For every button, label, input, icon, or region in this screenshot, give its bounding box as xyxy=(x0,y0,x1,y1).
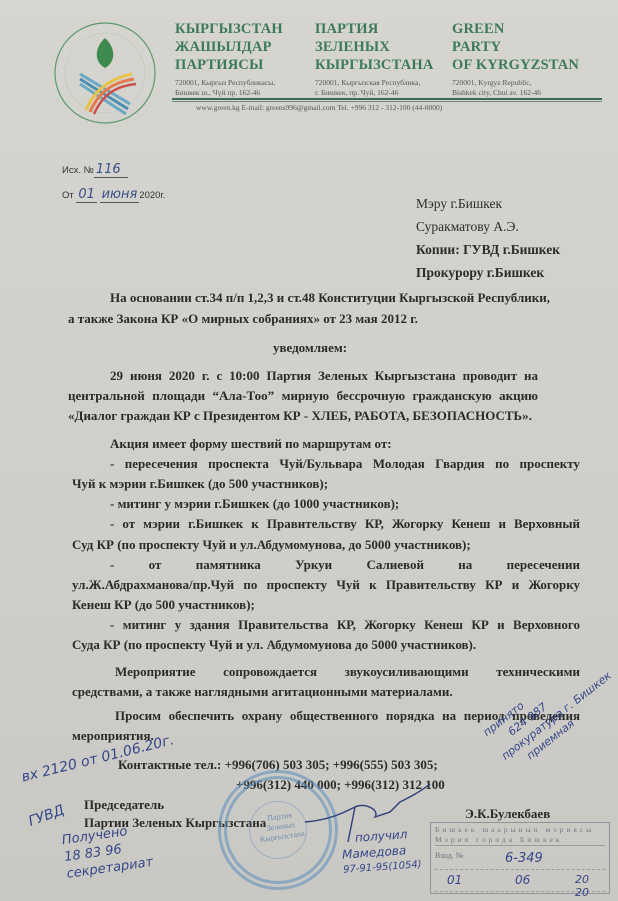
letterhead-title-line: PARTY xyxy=(452,38,579,56)
handwritten-received-note: получил Мамедова 97-91-95(1054) xyxy=(340,825,422,878)
letterhead-address: 720001, Кыргыз Республикасы, Бишкек ш., … xyxy=(175,78,283,98)
letterhead-address: 720001, Кыргызская Республика, г. Бишкек… xyxy=(315,78,434,98)
registry-date-day: 01 xyxy=(447,873,462,887)
letterhead-title-line: КЫРГЫЗСТАНА xyxy=(315,56,434,74)
outgoing-date: От 01 июня2020г. xyxy=(62,187,165,202)
address-line: 720001, Kyrgyz Republic, xyxy=(452,78,579,88)
route-item-cont: Суд КР (по проспекту Чуй и ул.Абдумомуно… xyxy=(72,537,471,553)
registry-date-month: 06 xyxy=(515,873,530,887)
event-line: 29 июня 2020 г. с 10:00 Партия Зеленых К… xyxy=(110,368,538,384)
route-item-cont: Чуй к мэрии г.Бишкек (до 500 участников)… xyxy=(72,476,328,492)
registry-header-line: Мэрия города Бишкек xyxy=(435,835,605,845)
addressee-line: Прокурору г.Бишкек xyxy=(416,261,560,284)
letterhead-divider xyxy=(172,98,602,100)
letterhead-title-line: GREEN xyxy=(452,20,579,38)
handwritten-left-note: Получено 18 83 96 секретариат xyxy=(61,820,154,883)
green-party-logo-icon xyxy=(50,18,160,128)
letterhead-title-line: ПАРТИЯСЫ xyxy=(175,56,283,74)
letterhead-title-line: OF KYRGYZSTAN xyxy=(452,56,579,74)
event-line: центральной площади “Ала-Тоо” мирную бес… xyxy=(68,388,538,404)
document-page: КЫРГЫЗСТАН ЖАШЫЛДАР ПАРТИЯСЫ 720001, Кыр… xyxy=(0,0,618,901)
letterhead-title-line: ПАРТИЯ xyxy=(315,20,434,38)
event-line: «Диалог граждан КР с Президентом КР - ХЛ… xyxy=(68,408,532,424)
addressee-line: Суракматову А.Э. xyxy=(416,215,560,238)
intro-line: На основании ст.34 п/п 1,2,3 и ст.48 Кон… xyxy=(110,290,550,306)
date-prefix: От xyxy=(62,190,74,201)
letterhead-title-line: ЗЕЛЕНЫХ xyxy=(315,38,434,56)
notify-heading: уведомляем: xyxy=(60,340,560,356)
registry-stamp-header: Бишкек шаарынын мэриясы Мэрия города Биш… xyxy=(435,825,605,846)
outgoing-number-value: 116 xyxy=(94,162,128,178)
letterhead-russian: ПАРТИЯ ЗЕЛЕНЫХ КЫРГЫЗСТАНА 720001, Кыргы… xyxy=(315,20,434,98)
signatory-position: Председатель xyxy=(84,797,164,813)
address-line: Бишкек ш., Чүй пр. 162-46 xyxy=(175,88,283,98)
outgoing-number-label: Исх. № xyxy=(62,165,94,176)
registry-number-label: Вход. № xyxy=(435,851,463,860)
intro-line: а также Закона КР «О мирных собраниях» о… xyxy=(68,311,418,327)
route-item: - митинг у мэрии г.Бишкек (до 1000 участ… xyxy=(110,496,399,512)
address-line: 720001, Кыргыз Республикасы, xyxy=(175,78,283,88)
registry-number-value: 6-349 xyxy=(505,851,543,866)
handwritten-guvd-note: ГУВД xyxy=(26,802,66,830)
address-line: г. Бишкек, пр. Чуй, 162-46 xyxy=(315,88,434,98)
registry-stamp: Бишкек шаарынын мэриясы Мэрия города Биш… xyxy=(430,822,610,894)
route-item: - от мэрии г.Бишкек к Правительству КР, … xyxy=(110,516,580,532)
route-item-cont: Кенеш КР (до 500 участников); xyxy=(72,597,255,613)
outgoing-number: Исх. №116 xyxy=(62,162,128,178)
route-item: - от памятника Уркуи Салиевой на пересеч… xyxy=(110,557,580,573)
equipment-line: средствами, а также наглядными агитацион… xyxy=(72,684,453,700)
address-line: 720001, Кыргызская Республика, xyxy=(315,78,434,88)
route-item: - пересечения проспекта Чуй/Бульвара Мол… xyxy=(110,456,580,472)
route-item-cont: ул.Ж.Абдрахманова/пр.Чуй по проспекту Чу… xyxy=(72,577,580,593)
routes-intro: Акция имеет форму шествий по маршрутам о… xyxy=(110,436,392,452)
letterhead-title-line: ЖАШЫЛДАР xyxy=(175,38,283,56)
letterhead-contacts: www.green.kg E-mail: greens996@gmail.com… xyxy=(196,103,442,112)
letterhead-title-line: КЫРГЫЗСТАН xyxy=(175,20,283,38)
date-year: 2020г. xyxy=(139,190,165,201)
letterhead-kyrgyz: КЫРГЫЗСТАН ЖАШЫЛДАР ПАРТИЯСЫ 720001, Кыр… xyxy=(175,20,283,98)
signatory-name: Э.К.Булекбаев xyxy=(465,806,550,822)
registry-date-year: 20 20 xyxy=(575,873,605,899)
address-line: Bishkek city, Chui av. 162-46 xyxy=(452,88,579,98)
registry-header-line: Бишкек шаарынын мэриясы xyxy=(435,825,605,835)
letterhead-divider-thin xyxy=(172,101,602,102)
registry-date-row: 01 06 20 20 xyxy=(435,873,605,892)
addressee-block: Мэру г.Бишкек Суракматову А.Э. Копии: ГУ… xyxy=(416,192,560,284)
registry-number-row: Вход. № 6-349 xyxy=(435,851,605,870)
letterhead-address: 720001, Kyrgyz Republic, Bishkek city, C… xyxy=(452,78,579,98)
equipment-line: Мероприятие сопровождается звукоусиливаю… xyxy=(115,664,580,680)
addressee-line: Мэру г.Бишкек xyxy=(416,192,560,215)
route-item: - митинг у здания Правительства КР, Жого… xyxy=(110,617,580,633)
addressee-line: Копии: ГУВД г.Бишкек xyxy=(416,238,560,261)
letterhead-english: GREEN PARTY OF KYRGYZSTAN 720001, Kyrgyz… xyxy=(452,20,579,98)
date-month: июня xyxy=(100,187,140,203)
date-day: 01 xyxy=(76,187,97,203)
route-item-cont: Суда КР (по проспекту Чуй и ул. Абдумому… xyxy=(72,637,476,653)
